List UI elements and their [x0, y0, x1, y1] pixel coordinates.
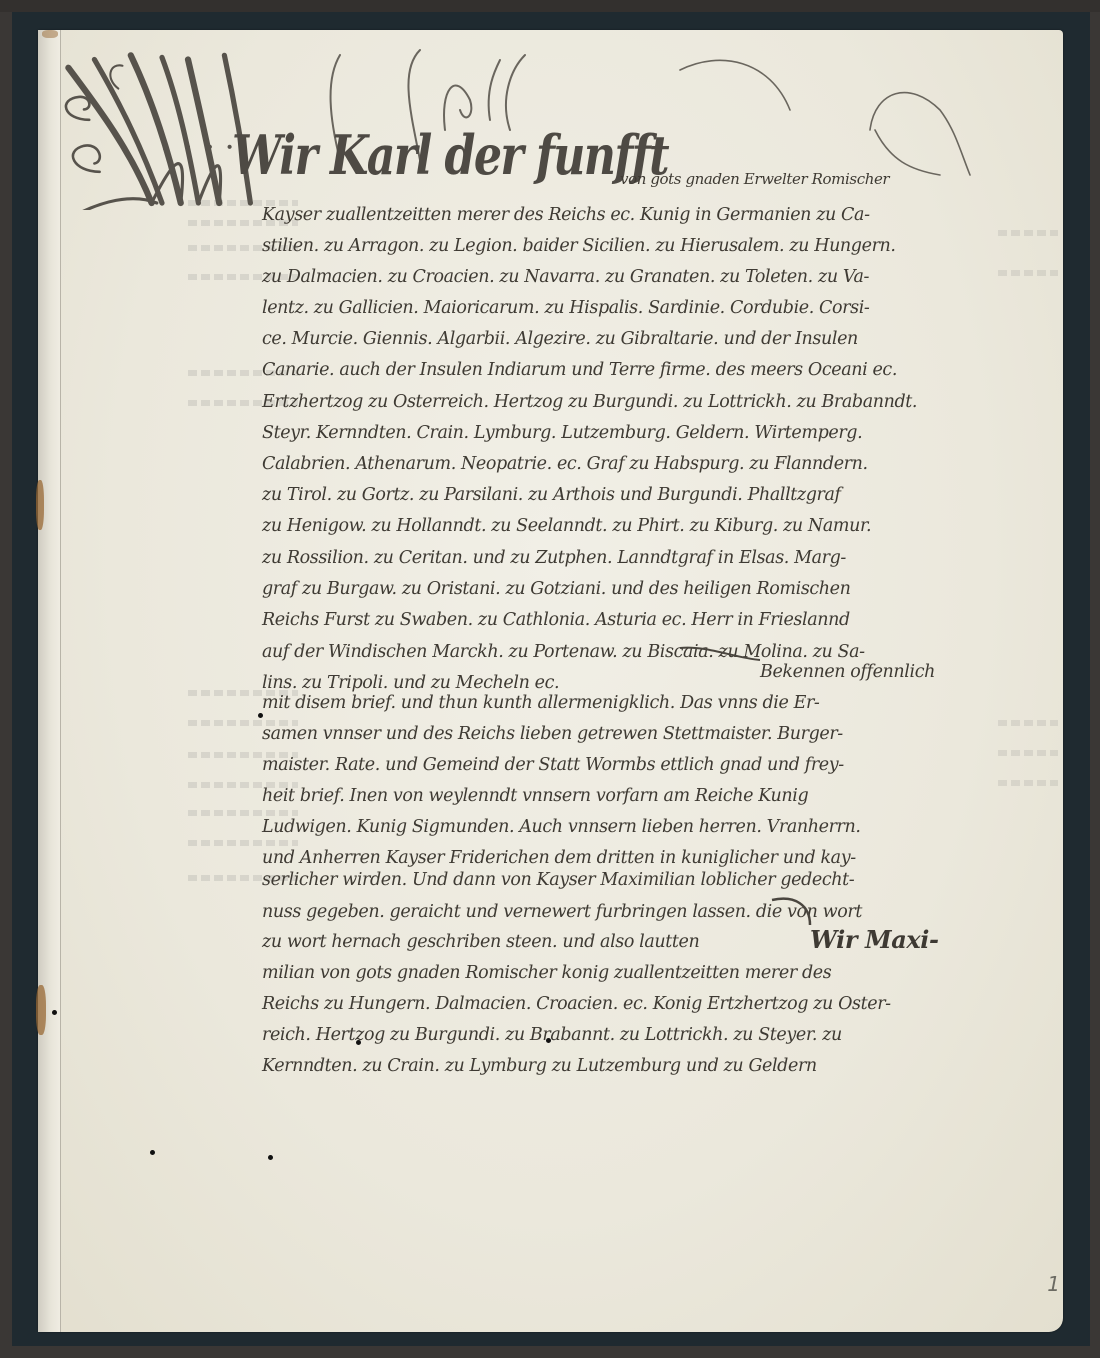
text-line: von gots gnaden Erwelter Romischer: [620, 170, 889, 188]
text-line: Reichs Furst zu Swaben. zu Cathlonia. As…: [262, 610, 850, 630]
bleed-through-text: [188, 840, 298, 846]
text-line: Bekennen offennlich: [760, 662, 935, 682]
text-line: Calabrien. Athenarum. Neopatrie. ec. Gra…: [262, 454, 868, 474]
text-line: lentz. zu Gallicien. Maioricarum. zu His…: [262, 298, 869, 318]
text-line: zu Henigow. zu Hollanndt. zu Seelanndt. …: [262, 516, 871, 536]
text-line: Reichs zu Hungern. Dalmacien. Croacien. …: [262, 994, 891, 1014]
text-line: Steyr. Kernndten. Crain. Lymburg. Lutzem…: [262, 423, 862, 443]
text-line: maister. Rate. und Gemeind der Statt Wor…: [262, 755, 844, 775]
page-binding-fold: [38, 30, 61, 1332]
edge-stain: [36, 480, 44, 530]
text-line: Ludwigen. Kunig Sigmunden. Auch vnnsern …: [262, 817, 861, 837]
ink-speck: [356, 1040, 361, 1045]
text-line: zu wort hernach geschriben steen. und al…: [262, 932, 699, 952]
text-line: zu Rossilion. zu Ceritan. und zu Zutphen…: [262, 548, 846, 568]
text-line: milian von gots gnaden Romischer konig z…: [262, 963, 831, 983]
paragraph-flourish: [675, 640, 765, 665]
text-line: graf zu Burgaw. zu Oristani. zu Gotziani…: [262, 579, 851, 599]
ink-speck: [258, 713, 263, 718]
bleed-through-text: [998, 230, 1058, 236]
ink-speck: [268, 1155, 273, 1160]
folio-number: 1: [1047, 1272, 1060, 1296]
text-line: heit brief. Inen von weylenndt vnnsern v…: [262, 786, 808, 806]
document-heading: Wir Karl der funfft: [232, 128, 668, 182]
text-line: samen vnnser und des Reichs lieben getre…: [262, 724, 843, 744]
margin-flourish: [640, 50, 980, 180]
bleed-through-text: [998, 750, 1058, 756]
text-line: stilien. zu Arragon. zu Legion. baider S…: [262, 236, 896, 256]
text-line: reich. Hertzog zu Burgundi. zu Brabannt.…: [262, 1025, 842, 1045]
text-line: und Anherren Kayser Friderichen dem drit…: [262, 848, 856, 868]
paragraph-flourish: [770, 895, 820, 930]
edge-stain: [36, 985, 46, 1035]
text-line: Canarie. auch der Insulen Indiarum und T…: [262, 360, 897, 380]
text-line: zu Tirol. zu Gortz. zu Parsilani. zu Art…: [262, 485, 841, 505]
bleed-through-text: [998, 780, 1058, 786]
bleed-through-text: [188, 810, 298, 816]
text-line: zu Dalmacien. zu Croacien. zu Navarra. z…: [262, 267, 869, 287]
text-line: Ertzhertzog zu Osterreich. Hertzog zu Bu…: [262, 392, 917, 412]
text-line: Kernndten. zu Crain. zu Lymburg zu Lutze…: [262, 1056, 817, 1076]
text-line: lins. zu Tripoli. und zu Mecheln ec.: [262, 673, 559, 693]
scanner-frame-top: [0, 0, 1100, 12]
text-line: mit disem brief. und thun kunth allermen…: [262, 693, 819, 713]
text-line: Kayser zuallentzeitten merer des Reichs …: [262, 205, 870, 225]
bleed-through-text: [998, 270, 1058, 276]
ink-speck: [150, 1150, 155, 1155]
text-line: serlicher wirden. Und dann von Kayser Ma…: [262, 870, 854, 890]
text-line: ce. Murcie. Giennis. Algarbii. Algezire.…: [262, 329, 858, 349]
text-line: Wir Maxi-: [810, 925, 939, 954]
bleed-through-text: [998, 720, 1058, 726]
ink-speck: [52, 1010, 57, 1015]
edge-stain: [42, 30, 58, 38]
ink-speck: [546, 1038, 551, 1043]
text-line: auf der Windischen Marckh. zu Portenaw. …: [262, 642, 865, 662]
